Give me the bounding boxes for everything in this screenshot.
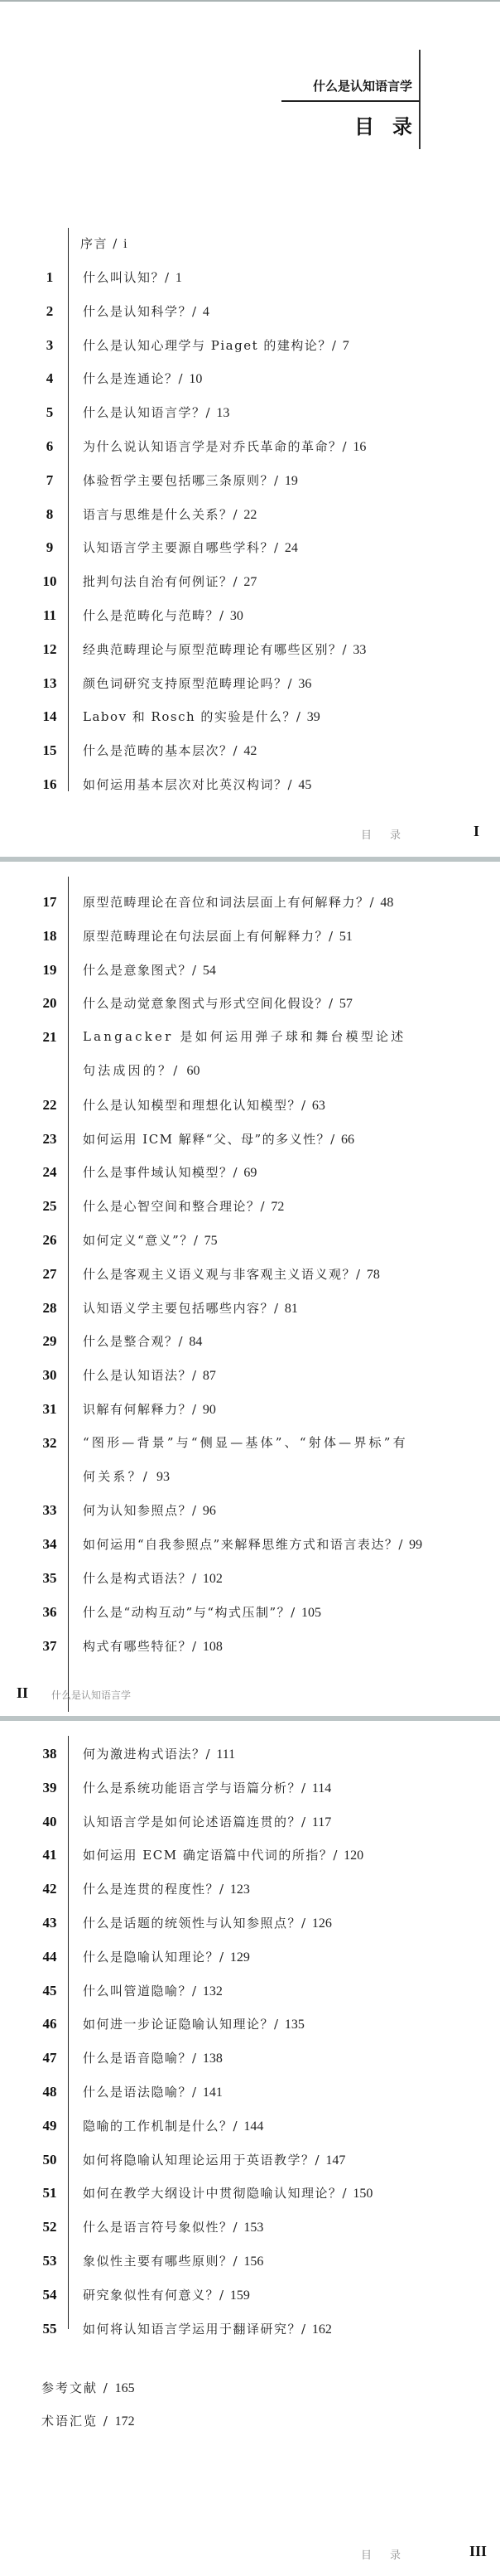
toc-entry-title[interactable]: 经典范畴理论与原型范畴理论有哪些区别？/ 33 bbox=[83, 637, 366, 663]
toc-entry-number: 5 bbox=[33, 400, 66, 425]
toc-entry-number: 43 bbox=[33, 1911, 66, 1936]
toc-entry-title[interactable]: 体验哲学主要包括哪三条原则？/ 19 bbox=[83, 468, 298, 494]
toc-entry-number: 16 bbox=[33, 772, 66, 797]
toc-entry-title[interactable]: 什么是语言符号象似性？/ 153 bbox=[83, 2215, 263, 2240]
page-separator bbox=[0, 1716, 500, 1721]
toc-entry-page: 105 bbox=[301, 1606, 321, 1620]
toc-entry-page: 81 bbox=[285, 1302, 298, 1316]
toc-entry[interactable]: 38何为激进构式语法？/ 111 bbox=[0, 1742, 500, 1766]
toc-entry[interactable]: 48什么是语法隐喻？/ 141 bbox=[0, 2080, 500, 2105]
toc-entry[interactable]: 12经典范畴理论与原型范畴理论有哪些区别？/ 33 bbox=[0, 637, 500, 662]
toc-entry[interactable]: 50如何将隐喻认知理论运用于英语教学？/ 147 bbox=[0, 2148, 500, 2172]
top-border bbox=[0, 0, 500, 2]
toc-entry-page: 162 bbox=[312, 2322, 332, 2337]
toc-entry-number: 36 bbox=[33, 1600, 66, 1625]
toc-entry-page: 135 bbox=[285, 2018, 305, 2032]
toc-entry-number: 54 bbox=[33, 2283, 66, 2308]
toc-entry-page: 96 bbox=[203, 1504, 216, 1518]
toc-entry-title[interactable]: 什么是范畴化与范畴？/ 30 bbox=[83, 603, 243, 629]
toc-entry-page: 13 bbox=[216, 406, 229, 420]
toc-entry-page: 150 bbox=[353, 2187, 373, 2201]
toc-entry-page: 132 bbox=[203, 1984, 223, 1998]
toc-entry[interactable]: 27什么是客观主义语义观与非客观主义语义观？/ 78 bbox=[0, 1262, 500, 1287]
toc-entry-number: 29 bbox=[33, 1329, 66, 1354]
toc-entry-title[interactable]: 认知语言学是如何论述语篇连贯的？/ 117 bbox=[83, 1810, 331, 1835]
toc-entry-title[interactable]: 什么是认知语言学？/ 13 bbox=[83, 400, 229, 426]
toc-entry[interactable]: 16如何运用基本层次对比英汉构词？/ 45 bbox=[0, 772, 500, 797]
toc-entry[interactable]: 5什么是认知语言学？/ 13 bbox=[0, 400, 500, 425]
toc-entry-number: 1 bbox=[33, 265, 66, 290]
toc-entry[interactable]: 26如何定义“意义”？/ 75 bbox=[0, 1228, 500, 1253]
toc-entry[interactable]: 7体验哲学主要包括哪三条原则？/ 19 bbox=[0, 468, 500, 493]
footer-running-title: 目录 bbox=[361, 2546, 419, 2562]
toc-entry-number: 26 bbox=[33, 1228, 66, 1253]
toc-entry[interactable]: 21Langacker 是如何运用弹子球和舞台模型论述句法成因的？/ 60 bbox=[0, 1025, 500, 1050]
toc-entry-number: 44 bbox=[33, 1945, 66, 1969]
toc-entry-number: 34 bbox=[33, 1532, 66, 1557]
toc-entry[interactable]: 15什么是范畴的基本层次？/ 42 bbox=[0, 738, 500, 763]
toc-entry-page: 48 bbox=[380, 896, 393, 910]
toc-entry-title[interactable]: 象似性主要有哪些原则？/ 156 bbox=[83, 2249, 263, 2274]
toc-entry[interactable]: 11什么是范畴化与范畴？/ 30 bbox=[0, 603, 500, 628]
toc-entry-title[interactable]: 如何运用 ICM 解释“父、母”的多义性？/ 66 bbox=[83, 1127, 354, 1153]
toc-entry-number: 12 bbox=[33, 637, 66, 662]
toc-entry[interactable]: 28认知语义学主要包括哪些内容？/ 81 bbox=[0, 1296, 500, 1321]
toc-entry[interactable]: 43什么是话题的统领性与认知参照点？/ 126 bbox=[0, 1911, 500, 1936]
toc-entry-page: 72 bbox=[271, 1200, 284, 1214]
toc-entry-title[interactable]: 认知语义学主要包括哪些内容？/ 81 bbox=[83, 1296, 298, 1322]
toc-entry-title[interactable]: 如何进一步论证隐喻认知理论？/ 135 bbox=[83, 2012, 305, 2037]
toc-entry-number: 53 bbox=[33, 2249, 66, 2274]
toc-entry-page: 102 bbox=[203, 1572, 223, 1586]
toc-entry-title[interactable]: Langacker 是如何运用弹子球和舞台模型论述句法成因的？/ 60 bbox=[83, 1020, 421, 1088]
header-horizontal-rule bbox=[281, 100, 420, 102]
toc-entry-title[interactable]: 研究象似性有何意义？/ 159 bbox=[83, 2283, 250, 2308]
toc-entry[interactable]: 31识解有何解释力？/ 90 bbox=[0, 1397, 500, 1422]
toc-entry-title[interactable]: 什么是隐喻认知理论？/ 129 bbox=[83, 1945, 250, 1970]
toc-entry[interactable]: 29什么是整合观？/ 84 bbox=[0, 1329, 500, 1354]
toc-entry-title[interactable]: 原型范畴理论在音位和词法层面上有何解释力？/ 48 bbox=[83, 890, 393, 916]
toc-entry-title[interactable]: 什么是话题的统领性与认知参照点？/ 126 bbox=[83, 1911, 332, 1936]
toc-entry[interactable]: 19什么是意象图式？/ 54 bbox=[0, 958, 500, 983]
toc-entry-page: 126 bbox=[312, 1916, 332, 1931]
toc-entry-number: 20 bbox=[33, 991, 66, 1016]
toc-entry-title[interactable]: 什么是动觉意象图式与形式空间化假设？/ 57 bbox=[83, 991, 353, 1017]
toc-entry-page: 111 bbox=[216, 1747, 235, 1762]
toc-entry-title[interactable]: 什么是心智空间和整合理论？/ 72 bbox=[83, 1194, 284, 1220]
toc-entry-page: 159 bbox=[230, 2288, 250, 2303]
toc-entry-page: 99 bbox=[409, 1538, 422, 1552]
toc-entry-title[interactable]: 何为认知参照点？/ 96 bbox=[83, 1498, 216, 1524]
toc-entry[interactable]: 23如何运用 ICM 解释“父、母”的多义性？/ 66 bbox=[0, 1127, 500, 1152]
toc-entry-title[interactable]: 如何运用 ECM 确定语篇中代词的所指？/ 120 bbox=[83, 1843, 363, 1868]
toc-entry-number: 45 bbox=[33, 1979, 66, 2003]
toc-entry-title[interactable]: 什么是范畴的基本层次？/ 42 bbox=[83, 738, 257, 764]
toc-entry-number: 2 bbox=[33, 299, 66, 324]
toc-entry-number: 37 bbox=[33, 1634, 66, 1659]
toc-entry-page: 153 bbox=[243, 2221, 263, 2235]
toc-entry-number: 23 bbox=[33, 1127, 66, 1152]
footer-running-title: 目录 bbox=[361, 826, 419, 842]
toc-entry-number: 39 bbox=[33, 1776, 66, 1800]
toc-entry-page: 138 bbox=[203, 2052, 223, 2066]
toc-entry-number: 11 bbox=[33, 603, 66, 628]
toc-entry-page: 120 bbox=[344, 1849, 363, 1863]
toc-entry[interactable]: 40认知语言学是如何论述语篇连贯的？/ 117 bbox=[0, 1810, 500, 1834]
toc-entry-page: 30 bbox=[230, 609, 243, 623]
toc-entry[interactable]: 4什么是连通论？/ 10 bbox=[0, 366, 500, 391]
toc-entry-title[interactable]: 什么是系统功能语言学与语篇分析？/ 114 bbox=[83, 1776, 331, 1801]
toc-entry-page: 75 bbox=[204, 1234, 218, 1248]
toc-entry[interactable]: 41如何运用 ECM 确定语篇中代词的所指？/ 120 bbox=[0, 1843, 500, 1868]
toc-entry[interactable]: 18原型范畴理论在句法层面上有何解释力？/ 51 bbox=[0, 924, 500, 949]
toc-entry-title[interactable]: 如何运用基本层次对比英汉构词？/ 45 bbox=[83, 772, 311, 798]
toc-entry[interactable]: 32“图形—背景”与“侧显—基体”、“射体—界标”有何关系？/ 93 bbox=[0, 1431, 500, 1456]
toc-entry-number: 40 bbox=[33, 1810, 66, 1834]
toc-entry-title[interactable]: 什么是认知模型和理想化认知模型？/ 63 bbox=[83, 1093, 325, 1119]
toc-heading: 目录 bbox=[354, 110, 430, 139]
toc-entry-number: 47 bbox=[33, 2046, 66, 2071]
toc-entry-number: 9 bbox=[33, 535, 66, 560]
toc-entry-title[interactable]: 如何在教学大纲设计中贯彻隐喻认知理论？/ 150 bbox=[83, 2181, 373, 2206]
toc-entry-number: 50 bbox=[33, 2148, 66, 2172]
toc-entry-page: 165 bbox=[115, 2381, 135, 2395]
toc-entry[interactable]: 3什么是认知心理学与 Piaget 的建构论？/ 7 bbox=[0, 333, 500, 358]
toc-entry-number: 14 bbox=[33, 704, 66, 729]
toc-entry-title[interactable]: 颜色词研究支持原型范畴理论吗？/ 36 bbox=[83, 671, 311, 697]
toc-entry[interactable]: 14Labov 和 Rosch 的实验是什么？/ 39 bbox=[0, 704, 500, 729]
toc-entry-title[interactable]: 什么是语法隐喻？/ 141 bbox=[83, 2080, 223, 2105]
toc-entry-title[interactable]: 批判句法自治有何例证？/ 27 bbox=[83, 569, 257, 595]
toc-entry[interactable]: 35什么是构式语法？/ 102 bbox=[0, 1566, 500, 1591]
toc-entry[interactable]: 52什么是语言符号象似性？/ 153 bbox=[0, 2215, 500, 2240]
toc-entry-number: 52 bbox=[33, 2215, 66, 2240]
toc-entry-number: 38 bbox=[33, 1742, 66, 1766]
toc-entry[interactable]: 44什么是隐喻认知理论？/ 129 bbox=[0, 1945, 500, 1969]
toc-entry-page: i bbox=[123, 237, 127, 251]
toc-entry-title[interactable]: 构式有哪些特征？/ 108 bbox=[83, 1634, 223, 1660]
toc-entry-page: 141 bbox=[203, 2085, 223, 2100]
toc-entry[interactable]: 55如何将认知语言学运用于翻译研究？/ 162 bbox=[0, 2317, 500, 2342]
toc-entry[interactable]: 9认知语言学主要源自哪些学科？/ 24 bbox=[0, 535, 500, 560]
toc-entry[interactable]: 20什么是动觉意象图式与形式空间化假设？/ 57 bbox=[0, 991, 500, 1016]
toc-entry-number: 35 bbox=[33, 1566, 66, 1591]
toc-entry-number: 25 bbox=[33, 1194, 66, 1219]
toc-entry-number: 19 bbox=[33, 958, 66, 983]
toc-entry-number: 4 bbox=[33, 366, 66, 391]
toc-entry-title[interactable]: Labov 和 Rosch 的实验是什么？/ 39 bbox=[83, 704, 320, 730]
toc-entry-page: 36 bbox=[298, 677, 311, 691]
toc-entry-page: 123 bbox=[230, 1882, 250, 1897]
footer-page-number: II bbox=[17, 1684, 28, 1702]
toc-entry[interactable]: 36什么是“动构互动”与“构式压制”？/ 105 bbox=[0, 1600, 500, 1625]
toc-entry-page: 117 bbox=[312, 1815, 331, 1829]
toc-entry-page: 129 bbox=[230, 1950, 250, 1965]
toc-entry[interactable]: 24什么是事件域认知模型？/ 69 bbox=[0, 1160, 500, 1185]
toc-entry-page: 39 bbox=[307, 710, 320, 724]
toc-entry[interactable]: 51如何在教学大纲设计中贯彻隐喻认知理论？/ 150 bbox=[0, 2181, 500, 2206]
toc-entry[interactable]: 37构式有哪些特征？/ 108 bbox=[0, 1634, 500, 1659]
toc-entry-page: 114 bbox=[312, 1781, 331, 1795]
toc-entry-page: 22 bbox=[243, 508, 257, 522]
toc-entry-page: 16 bbox=[353, 440, 366, 454]
toc-entry[interactable]: 10批判句法自治有何例证？/ 27 bbox=[0, 569, 500, 594]
toc-entry-page: 84 bbox=[189, 1335, 202, 1349]
toc-entry-title[interactable]: 什么是意象图式？/ 54 bbox=[83, 958, 216, 984]
toc-entry[interactable]: 39什么是系统功能语言学与语篇分析？/ 114 bbox=[0, 1776, 500, 1800]
toc-entry-title[interactable]: 什么是语音隐喻？/ 138 bbox=[83, 2046, 223, 2071]
toc-entry[interactable]: 42什么是连贯的程度性？/ 123 bbox=[0, 1877, 500, 1902]
toc-entry-number: 27 bbox=[33, 1262, 66, 1287]
toc-entry-title[interactable]: 什么是连贯的程度性？/ 123 bbox=[83, 1877, 250, 1902]
toc-entry-title[interactable]: 什么是事件域认知模型？/ 69 bbox=[83, 1160, 257, 1186]
toc-entry[interactable]: 2什么是认知科学？/ 4 bbox=[0, 299, 500, 324]
toc-entry[interactable]: 22什么是认知模型和理想化认知模型？/ 63 bbox=[0, 1093, 500, 1118]
toc-entry-title[interactable]: 如何将认知语言学运用于翻译研究？/ 162 bbox=[83, 2317, 332, 2342]
toc-entry[interactable]: 53象似性主要有哪些原则？/ 156 bbox=[0, 2249, 500, 2274]
toc-entry-page: 108 bbox=[203, 1640, 223, 1654]
toc-entry-number: 22 bbox=[33, 1093, 66, 1118]
toc-entry-number: 28 bbox=[33, 1296, 66, 1321]
toc-entry-page: 93 bbox=[156, 1470, 170, 1484]
toc-entry-page: 42 bbox=[243, 744, 257, 758]
toc-entry-title[interactable]: 原型范畴理论在句法层面上有何解释力？/ 51 bbox=[83, 924, 353, 950]
toc-entry-title[interactable]: 什么是整合观？/ 84 bbox=[83, 1329, 202, 1355]
toc-entry-number: 32 bbox=[33, 1431, 66, 1456]
toc-entry[interactable]: 47什么是语音隐喻？/ 138 bbox=[0, 2046, 500, 2071]
toc-entry-number: 10 bbox=[33, 569, 66, 594]
toc-entry-number: 51 bbox=[33, 2181, 66, 2206]
toc-entry-page: 45 bbox=[298, 778, 311, 792]
toc-entry-title[interactable]: 语言与思维是什么关系？/ 22 bbox=[83, 502, 257, 528]
toc-entry-number: 3 bbox=[33, 333, 66, 358]
toc-entry-title[interactable]: 什么叫认知？/ 1 bbox=[83, 265, 182, 291]
toc-entry-page: 57 bbox=[339, 997, 353, 1011]
toc-entry-title[interactable]: 什么是认知科学？/ 4 bbox=[83, 299, 209, 325]
toc-entry-page: 1 bbox=[175, 271, 182, 285]
toc-entry-title[interactable]: 隐喻的工作机制是什么？/ 144 bbox=[83, 2114, 263, 2139]
toc-entry[interactable]: 33何为认知参照点？/ 96 bbox=[0, 1498, 500, 1523]
toc-entry-title[interactable]: 如何定义“意义”？/ 75 bbox=[83, 1228, 218, 1254]
toc-entry[interactable]: 34如何运用“自我参照点”来解释思维方式和语言表达？/ 99 bbox=[0, 1532, 500, 1557]
toc-entry-number: 6 bbox=[33, 434, 66, 459]
toc-entry-title[interactable]: 认知语言学主要源自哪些学科？/ 24 bbox=[83, 535, 298, 561]
toc-entry-title[interactable]: 序言 / i bbox=[80, 231, 127, 257]
toc-entry-number: 46 bbox=[33, 2012, 66, 2037]
toc-entry-number: 30 bbox=[33, 1363, 66, 1388]
toc-entry-title[interactable]: 什么是认知心理学与 Piaget 的建构论？/ 7 bbox=[83, 333, 349, 359]
toc-entry-number: 41 bbox=[33, 1843, 66, 1868]
toc-entry-title[interactable]: 为什么说认知语言学是对乔氏革命的革命？/ 16 bbox=[83, 434, 366, 460]
toc-entry-title[interactable]: 何为激进构式语法？/ 111 bbox=[83, 1742, 235, 1767]
toc-entry-number: 7 bbox=[33, 468, 66, 493]
toc-entry-title[interactable]: 什么是连通论？/ 10 bbox=[83, 366, 202, 392]
toc-entry-page: 60 bbox=[186, 1064, 200, 1078]
toc-entry-page: 156 bbox=[243, 2255, 263, 2269]
toc-entry[interactable]: 46如何进一步论证隐喻认知理论？/ 135 bbox=[0, 2012, 500, 2037]
toc-entry-page: 10 bbox=[189, 372, 202, 386]
toc-entry-number: 17 bbox=[33, 890, 66, 915]
toc-entry-page: 87 bbox=[203, 1369, 216, 1383]
toc-entry-number: 31 bbox=[33, 1397, 66, 1422]
toc-entry-page: 172 bbox=[115, 2414, 135, 2429]
page-separator bbox=[0, 857, 500, 862]
toc-entry-page: 66 bbox=[341, 1133, 354, 1147]
toc-entry-title[interactable]: 如何将隐喻认知理论运用于英语教学？/ 147 bbox=[83, 2148, 345, 2173]
toc-entry[interactable]: 6为什么说认知语言学是对乔氏革命的革命？/ 16 bbox=[0, 434, 500, 459]
footer-page-number: III bbox=[469, 2543, 487, 2560]
toc-entry-page: 54 bbox=[203, 964, 216, 978]
toc-entry-page: 33 bbox=[353, 643, 366, 657]
toc-entry[interactable]: 54研究象似性有何意义？/ 159 bbox=[0, 2283, 500, 2308]
toc-entry-references[interactable]: 参考文献 / 165 bbox=[41, 2375, 135, 2401]
toc-entry-title[interactable]: 什么是构式语法？/ 102 bbox=[83, 1566, 223, 1592]
toc-entry-page: 24 bbox=[285, 541, 298, 555]
toc-entry-preface[interactable]: 序言 / i bbox=[0, 231, 500, 256]
toc-entry[interactable]: 17原型范畴理论在音位和词法层面上有何解释力？/ 48 bbox=[0, 890, 500, 915]
toc-entry-title[interactable]: 什么叫管道隐喻？/ 132 bbox=[83, 1979, 223, 2004]
toc-entry-number: 21 bbox=[33, 1025, 66, 1050]
toc-entry-page: 69 bbox=[243, 1166, 257, 1180]
toc-entry-page: 27 bbox=[243, 575, 257, 589]
footer-page-number: I bbox=[474, 823, 479, 840]
toc-entry-page: 90 bbox=[203, 1403, 216, 1417]
toc-entry-number: 42 bbox=[33, 1877, 66, 1902]
toc-entry[interactable]: 25什么是心智空间和整合理论？/ 72 bbox=[0, 1194, 500, 1219]
toc-entry-page: 7 bbox=[343, 339, 349, 353]
toc-entry-title[interactable]: 什么是客观主义语义观与非客观主义语义观？/ 78 bbox=[83, 1262, 380, 1288]
toc-entry[interactable]: 30什么是认知语法？/ 87 bbox=[0, 1363, 500, 1388]
toc-entry-number: 15 bbox=[33, 738, 66, 763]
toc-entry-number: 48 bbox=[33, 2080, 66, 2105]
toc-entry[interactable]: 8语言与思维是什么关系？/ 22 bbox=[0, 502, 500, 527]
toc-entry-title[interactable]: 什么是“动构互动”与“构式压制”？/ 105 bbox=[83, 1600, 321, 1626]
toc-entry[interactable]: 49隐喻的工作机制是什么？/ 144 bbox=[0, 2114, 500, 2139]
toc-entry-number: 18 bbox=[33, 924, 66, 949]
toc-entry-number: 55 bbox=[33, 2317, 66, 2342]
toc-entry-number: 24 bbox=[33, 1160, 66, 1185]
toc-entry-number: 33 bbox=[33, 1498, 66, 1523]
book-title: 什么是认知语言学 bbox=[313, 77, 412, 94]
toc-entry[interactable]: 45什么叫管道隐喻？/ 132 bbox=[0, 1979, 500, 2003]
toc-entry-glossary[interactable]: 术语汇览 / 172 bbox=[41, 2409, 135, 2434]
toc-entry-page: 147 bbox=[325, 2153, 345, 2168]
footer-running-title: 什么是认知语言学 bbox=[51, 1688, 131, 1702]
toc-entry-page: 144 bbox=[243, 2119, 263, 2134]
toc-entry-number: 8 bbox=[33, 502, 66, 527]
toc-entry-number: 13 bbox=[33, 671, 66, 696]
toc-entry-title[interactable]: 什么是认知语法？/ 87 bbox=[83, 1363, 216, 1389]
toc-entry[interactable]: 13颜色词研究支持原型范畴理论吗？/ 36 bbox=[0, 671, 500, 696]
toc-entry[interactable]: 1什么叫认知？/ 1 bbox=[0, 265, 500, 290]
toc-entry-page: 51 bbox=[339, 930, 353, 944]
toc-entry-title[interactable]: 识解有何解释力？/ 90 bbox=[83, 1397, 216, 1423]
toc-entry-page: 63 bbox=[312, 1099, 325, 1113]
toc-entry-page: 4 bbox=[203, 305, 209, 319]
toc-entry-title[interactable]: 如何运用“自我参照点”来解释思维方式和语言表达？/ 99 bbox=[83, 1532, 422, 1558]
toc-entry-page: 19 bbox=[285, 474, 298, 488]
toc-entry-number: 49 bbox=[33, 2114, 66, 2139]
toc-entry-page: 78 bbox=[367, 1268, 380, 1282]
toc-entry-title[interactable]: “图形—背景”与“侧显—基体”、“射体—界标”有何关系？/ 93 bbox=[83, 1426, 421, 1494]
